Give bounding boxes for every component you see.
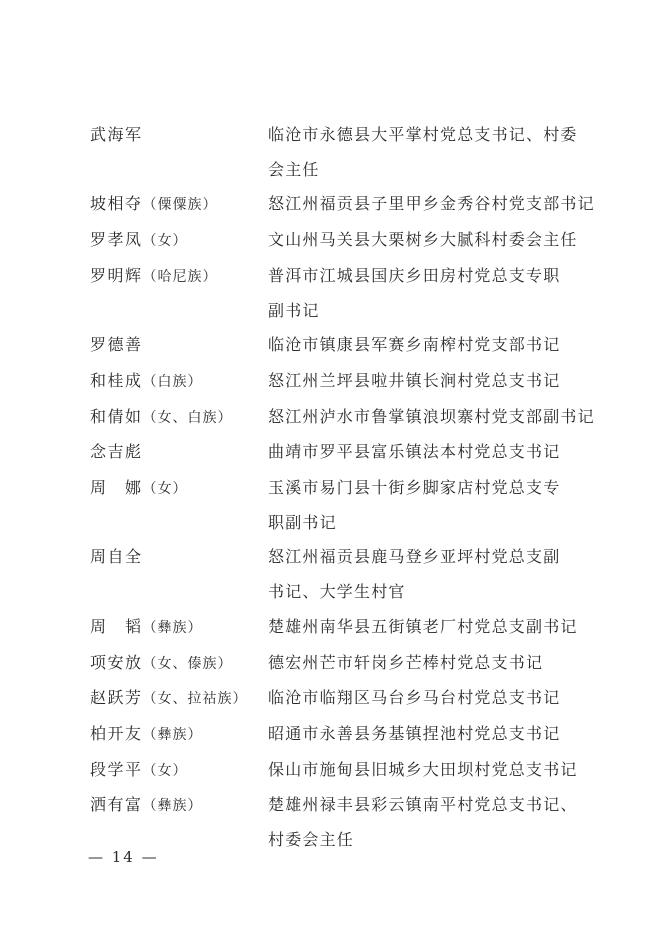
position-title: 楚雄州禄丰县彩云镇南平村党总支书记、村委会主任	[268, 788, 586, 857]
position-title: 曲靖市罗平县富乐镇法本村党总支书记	[268, 435, 586, 471]
name-annotation: （彝族）	[143, 620, 203, 636]
document-page: 武海军临沧市永德县大平掌村党总支书记、村委会主任坡相夺（傈僳族）怒江州福贡县子里…	[0, 0, 670, 948]
name-text: 赵跃芳	[90, 688, 143, 707]
name-text: 罗明辉	[90, 266, 143, 285]
position-title: 怒江州泸水市鲁掌镇浪坝寨村党支部副书记	[268, 400, 586, 436]
position-line: 保山市施甸县旧城乡大田坝村党总支书记	[268, 753, 586, 788]
name-text: 周 韬	[90, 617, 143, 636]
position-title: 保山市施甸县旧城乡大田坝村党总支书记	[268, 753, 586, 789]
name-text: 洒有富	[90, 795, 143, 814]
person-name: 念吉彪	[90, 435, 268, 471]
name-text: 念吉彪	[90, 442, 143, 461]
name-text: 武海军	[90, 125, 143, 144]
list-item: 和桂成（白族）怒江州兰坪县啦井镇长涧村党总支书记	[90, 364, 590, 400]
name-text: 罗德善	[90, 335, 143, 354]
list-item: 武海军临沧市永德县大平掌村党总支书记、村委会主任	[90, 118, 590, 187]
position-title: 文山州马关县大栗树乡大腻科村委会主任	[268, 223, 586, 259]
name-annotation: （彝族）	[143, 798, 203, 814]
list-item: 柏开友（彝族）昭通市永善县务基镇捏池村党总支书记	[90, 717, 590, 753]
position-line: 文山州马关县大栗树乡大腻科村委会主任	[268, 223, 586, 258]
name-annotation: （女、白族）	[143, 410, 233, 426]
list-item: 周 娜（女）玉溪市易门县十街乡脚家店村党总支专职副书记	[90, 471, 590, 540]
position-line: 怒江州泸水市鲁掌镇浪坝寨村党支部副书记	[268, 400, 586, 435]
page-number: — 14 —	[88, 848, 159, 866]
position-line: 村委会主任	[268, 823, 586, 858]
name-annotation: （女、拉祜族）	[143, 691, 248, 707]
name-annotation: （女）	[143, 233, 188, 249]
position-title: 怒江州福贡县子里甲乡金秀谷村党支部书记	[268, 187, 586, 223]
name-annotation: （女、傣族）	[143, 656, 233, 672]
name-text: 周自全	[90, 547, 143, 566]
person-name: 坡相夺（傈僳族）	[90, 187, 268, 223]
name-text: 段学平	[90, 760, 143, 779]
list-item: 念吉彪曲靖市罗平县富乐镇法本村党总支书记	[90, 435, 590, 471]
name-text: 项安放	[90, 653, 143, 672]
position-line: 会主任	[268, 153, 586, 188]
position-line: 怒江州兰坪县啦井镇长涧村党总支书记	[268, 364, 586, 399]
position-title: 临沧市临翔区马台乡马台村党总支书记	[268, 681, 586, 717]
position-title: 临沧市镇康县军赛乡南榨村党支部书记	[268, 328, 586, 364]
position-title: 玉溪市易门县十街乡脚家店村党总支专职副书记	[268, 471, 586, 540]
name-annotation: （白族）	[143, 374, 203, 390]
person-name: 罗孝凤（女）	[90, 223, 268, 259]
name-annotation: （傈僳族）	[143, 197, 218, 213]
position-line: 德宏州芒市轩岗乡芒棒村党总支书记	[268, 646, 586, 681]
position-line: 怒江州福贡县子里甲乡金秀谷村党支部书记	[268, 187, 586, 222]
name-text: 罗孝凤	[90, 230, 143, 249]
list-item: 和倩如（女、白族）怒江州泸水市鲁掌镇浪坝寨村党支部副书记	[90, 400, 590, 436]
person-name: 柏开友（彝族）	[90, 717, 268, 753]
name-annotation: （彝族）	[143, 727, 203, 743]
list-item: 洒有富（彝族）楚雄州禄丰县彩云镇南平村党总支书记、村委会主任	[90, 788, 590, 857]
list-item: 周自全怒江州福贡县鹿马登乡亚坪村党总支副书记、大学生村官	[90, 540, 590, 609]
position-title: 普洱市江城县国庆乡田房村党总支专职副书记	[268, 259, 586, 328]
position-line: 曲靖市罗平县富乐镇法本村党总支书记	[268, 435, 586, 470]
person-name: 项安放（女、傣族）	[90, 646, 268, 682]
person-name: 周自全	[90, 540, 268, 609]
person-name: 和倩如（女、白族）	[90, 400, 268, 436]
position-line: 副书记	[268, 294, 586, 329]
position-title: 怒江州兰坪县啦井镇长涧村党总支书记	[268, 364, 586, 400]
person-name: 段学平（女）	[90, 753, 268, 789]
person-name: 罗明辉（哈尼族）	[90, 259, 268, 328]
list-item: 罗德善临沧市镇康县军赛乡南榨村党支部书记	[90, 328, 590, 364]
position-line: 昭通市永善县务基镇捏池村党总支书记	[268, 717, 586, 752]
position-title: 怒江州福贡县鹿马登乡亚坪村党总支副书记、大学生村官	[268, 540, 586, 609]
position-title: 德宏州芒市轩岗乡芒棒村党总支书记	[268, 646, 586, 682]
position-line: 怒江州福贡县鹿马登乡亚坪村党总支副	[268, 540, 586, 575]
person-name: 周 韬（彝族）	[90, 610, 268, 646]
person-name: 赵跃芳（女、拉祜族）	[90, 681, 268, 717]
person-name: 罗德善	[90, 328, 268, 364]
person-name: 和桂成（白族）	[90, 364, 268, 400]
position-line: 书记、大学生村官	[268, 575, 586, 610]
list-item: 段学平（女）保山市施甸县旧城乡大田坝村党总支书记	[90, 753, 590, 789]
position-line: 临沧市镇康县军赛乡南榨村党支部书记	[268, 328, 586, 363]
position-line: 职副书记	[268, 506, 586, 541]
honoree-list: 武海军临沧市永德县大平掌村党总支书记、村委会主任坡相夺（傈僳族）怒江州福贡县子里…	[90, 118, 590, 858]
list-item: 罗孝凤（女）文山州马关县大栗树乡大腻科村委会主任	[90, 223, 590, 259]
name-text: 周 娜	[90, 478, 143, 497]
name-text: 和倩如	[90, 407, 143, 426]
name-text: 和桂成	[90, 371, 143, 390]
list-item: 周 韬（彝族）楚雄州南华县五街镇老厂村党总支副书记	[90, 610, 590, 646]
list-item: 赵跃芳（女、拉祜族）临沧市临翔区马台乡马台村党总支书记	[90, 681, 590, 717]
position-title: 楚雄州南华县五街镇老厂村党总支副书记	[268, 610, 586, 646]
position-line: 玉溪市易门县十街乡脚家店村党总支专	[268, 471, 586, 506]
list-item: 罗明辉（哈尼族）普洱市江城县国庆乡田房村党总支专职副书记	[90, 259, 590, 328]
name-annotation: （哈尼族）	[143, 269, 218, 285]
position-line: 普洱市江城县国庆乡田房村党总支专职	[268, 259, 586, 294]
person-name: 武海军	[90, 118, 268, 187]
name-text: 柏开友	[90, 724, 143, 743]
name-annotation: （女）	[143, 481, 188, 497]
person-name: 周 娜（女）	[90, 471, 268, 540]
position-line: 楚雄州南华县五街镇老厂村党总支副书记	[268, 610, 586, 645]
position-line: 临沧市临翔区马台乡马台村党总支书记	[268, 681, 586, 716]
position-line: 楚雄州禄丰县彩云镇南平村党总支书记、	[268, 788, 586, 823]
position-title: 临沧市永德县大平掌村党总支书记、村委会主任	[268, 118, 586, 187]
list-item: 坡相夺（傈僳族）怒江州福贡县子里甲乡金秀谷村党支部书记	[90, 187, 590, 223]
position-line: 临沧市永德县大平掌村党总支书记、村委	[268, 118, 586, 153]
name-text: 坡相夺	[90, 194, 143, 213]
position-title: 昭通市永善县务基镇捏池村党总支书记	[268, 717, 586, 753]
list-item: 项安放（女、傣族）德宏州芒市轩岗乡芒棒村党总支书记	[90, 646, 590, 682]
name-annotation: （女）	[143, 763, 188, 779]
